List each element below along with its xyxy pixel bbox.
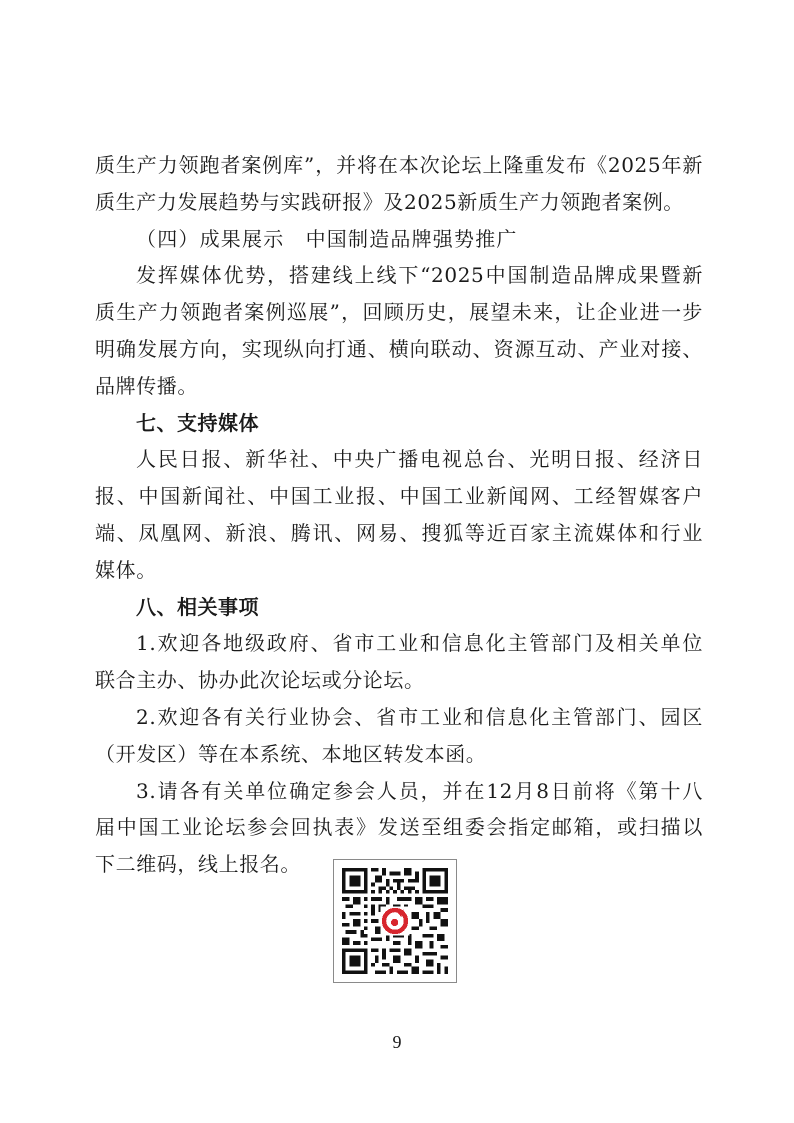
paragraph-line: 质生产力领跑者案例库”，并将在本次论坛上隆重发布《2025年新 (95, 147, 703, 184)
paragraph-line: 发挥媒体优势，搭建线上线下“2025中国制造品牌成果暨新 (95, 257, 703, 294)
list-item-line: 联合主办、协办此次论坛或分论坛。 (95, 662, 703, 699)
section-heading-related-matters: 八、相关事项 (95, 589, 703, 626)
section-heading-supporting-media: 七、支持媒体 (95, 405, 703, 442)
paragraph-line: 质生产力领跑者案例巡展”，回顾历史，展望未来，让企业进一步 (95, 294, 703, 331)
registration-qr-code[interactable] (333, 859, 457, 983)
paragraph-line: 品牌传播。 (95, 368, 703, 405)
list-item-line: 3.请各有关单位确定参会人员，并在12月8日前将《第十八 (95, 773, 703, 810)
paragraph-line: 端、凤凰网、新浪、腾讯、网易、搜狐等近百家主流媒体和行业 (95, 515, 703, 552)
paragraph-line: 报、中国新闻社、中国工业报、中国工业新闻网、工经智媒客户 (95, 478, 703, 515)
page-number: 9 (0, 1032, 794, 1053)
qr-code-icon (342, 868, 448, 974)
paragraph-line: 质生产力发展趋势与实践研报》及2025新质生产力领跑者案例。 (95, 184, 703, 221)
paragraph-line: 明确发展方向，实现纵向打通、横向联动、资源互动、产业对接、 (95, 331, 703, 368)
paragraph-line: 人民日报、新华社、中央广播电视总台、光明日报、经济日 (95, 441, 703, 478)
list-item-line: 届中国工业论坛参会回执表》发送至组委会指定邮箱，或扫描以 (95, 809, 703, 846)
document-body: 质生产力领跑者案例库”，并将在本次论坛上隆重发布《2025年新 质生产力发展趋势… (95, 147, 703, 883)
section-subheading-achievements: （四）成果展示 中国制造品牌强势推广 (95, 221, 703, 258)
list-item-line: 2.欢迎各有关行业协会、省市工业和信息化主管部门、园区 (95, 699, 703, 736)
list-item-line: （开发区）等在本系统、本地区转发本函。 (95, 736, 703, 773)
paragraph-line: 媒体。 (95, 552, 703, 589)
list-item-line: 1.欢迎各地级政府、省市工业和信息化主管部门及相关单位 (95, 625, 703, 662)
